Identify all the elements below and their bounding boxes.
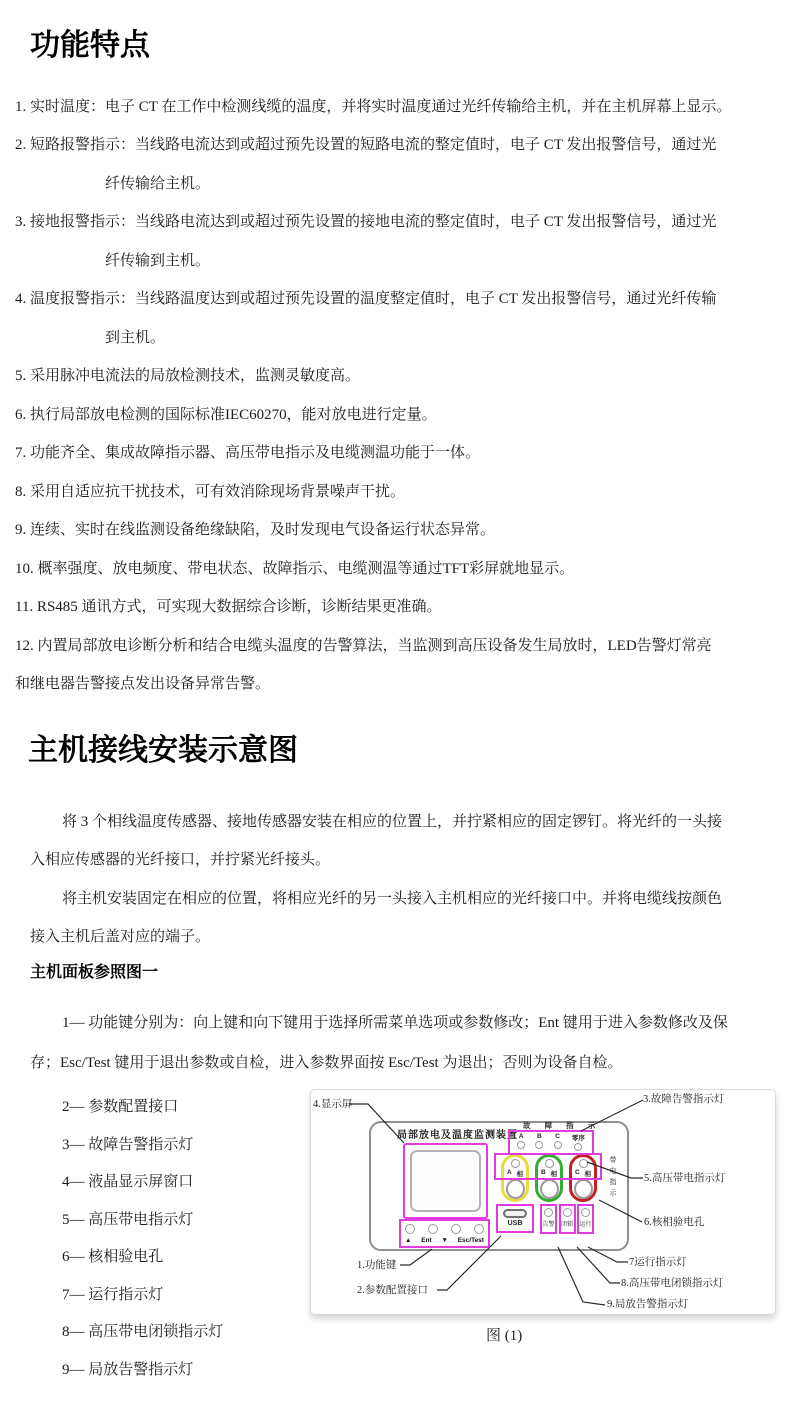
panel-item-line: 8— 高压带电闭锁指示灯 [0,1312,790,1350]
install-line: 接入主机后盖对应的端子。 [0,917,790,956]
install-paragraphs: 将 3 个相线温度传感器、接地传感器安装在相应的位置上，并拧紧相应的固定锣钉。将… [0,801,790,955]
fault-channel-led [535,1141,543,1149]
status-led [581,1208,590,1217]
feature-line: 纤传输到主机。 [0,240,790,279]
fault-channel-label: C [555,1133,560,1140]
fault-channel: B [535,1133,543,1152]
feature-line: 2. 短路报警指示：当线路电流达到或超过预先设置的短路电流的整定值时，电子 CT… [0,125,790,164]
feature-line: 8. 采用自适应抗干扰技术，可有效消除现场背景噪声干扰。 [0,471,790,510]
function-key-label: Esc/Test [458,1237,484,1244]
install-line: 将 3 个相线温度传感器、接地传感器安装在相应的位置上，并拧紧相应的固定锣钉。将… [0,801,790,840]
function-key-led [428,1224,438,1234]
phase-check-hole [574,1179,593,1199]
section-title-features: 功能特点 [0,0,790,66]
fault-channel-led [574,1143,582,1151]
hv-indicator-annotation-box [494,1153,602,1180]
callout-run-indicator: 7运行指示灯 [629,1257,687,1269]
feature-line: 12. 内置局部放电诊断分析和结合电缆头温度的告警算法，当监测到高压设备发生局放… [0,625,790,664]
panel-ref-heading: 主机面板参照图一 [0,957,790,989]
callout-hv-lock-indicator: 8.高压带电闭锁指示灯 [621,1278,723,1290]
usb-label: USB [508,1220,523,1227]
status-led [544,1208,553,1217]
panel-item-line: 9— 局放告警指示灯 [0,1350,790,1388]
feature-line: 到主机。 [0,317,790,356]
status-box: 运行 [577,1204,594,1234]
status-label: 运行 [579,1219,591,1228]
feature-line: 10. 概率强度、放电频度、带电状态、故障指示、电缆测温等通过TFT彩屏就地显示… [0,548,790,587]
feature-line: 6. 执行局部放电检测的国际标准IEC60270，能对放电进行定量。 [0,394,790,433]
panel-item-1: 1— 功能键分别为：向上键和向下键用于选择所需菜单选项或参数修改；Ent 键用于… [0,1001,790,1081]
function-key-led [405,1224,415,1234]
panel-item-line: 1— 功能键分别为：向上键和向下键用于选择所需菜单选项或参数修改；Ent 键用于… [0,1001,790,1041]
feature-list: 1. 实时温度：电子 CT 在工作中检测线缆的温度，并将实时温度通过光纤传输给主… [0,86,790,702]
status-label: 告警 [542,1219,554,1228]
fault-channel-led [517,1141,525,1149]
fault-channel-label: 零序 [572,1133,585,1142]
phase-check-hole [540,1179,559,1199]
function-key-label: ▼ [441,1237,447,1244]
fault-indicator-group: ABC零序 [508,1130,594,1155]
document-page: 功能特点 1. 实时温度：电子 CT 在工作中检测线缆的温度，并将实时温度通过光… [0,0,790,1410]
fault-channel: A [517,1133,525,1152]
status-box: 告警 [540,1204,557,1234]
callout-pd-alarm-indicator: 9.局放告警指示灯 [607,1299,688,1311]
lcd-screen [403,1143,488,1219]
figure-caption: 图 (1) [486,1324,522,1345]
callout-function-keys: 1.功能键 [357,1260,396,1272]
panel-diagram-image: 4.显示屏 3.故障告警指示灯 5.高压带电指示灯 6.核相验电孔 1.功能键 … [310,1089,776,1315]
section-title-install: 主机接线安装示意图 [0,730,790,772]
callout-phase-check-hole: 6.核相验电孔 [644,1217,704,1229]
feature-line: 11. RS485 通讯方式，可实现大数据综合诊断，诊断结果更准确。 [0,587,790,626]
feature-line: 3. 接地报警指示：当线路电流达到或超过预先设置的接地电流的整定值时，电子 CT… [0,202,790,241]
feature-line: 4. 温度报警指示：当线路温度达到或超过预先设置的温度整定值时，电子 CT 发出… [0,279,790,318]
function-key-label: ▲ [405,1237,411,1244]
fault-channel: C [554,1133,562,1152]
install-line: 将主机安装固定在相应的位置，将相应光纤的另一头接入主机相应的光纤接口中。并将电缆… [0,878,790,917]
feature-line: 和继电器告警接点发出设备异常告警。 [0,664,790,703]
feature-line: 5. 采用脉冲电流法的局放检测技术，监测灵敏度高。 [0,356,790,395]
lcd-screen-glass [410,1150,481,1212]
panel-item-line: 存；Esc/Test 键用于退出参数或自检，进入参数界面按 Esc/Test 为… [0,1041,790,1081]
callout-hv-indicator: 5.高压带电指示灯 [644,1173,725,1185]
callout-fault-indicator: 3.故障告警指示灯 [643,1094,724,1106]
feature-line: 1. 实时温度：电子 CT 在工作中检测线缆的温度，并将实时温度通过光纤传输给主… [0,86,790,125]
device-panel-title: 局部放电及温度监测装置 [397,1126,518,1141]
usb-port-icon [503,1209,527,1218]
status-box: 闭锁 [559,1204,576,1234]
callout-param-port: 2.参数配置接口 [357,1285,428,1297]
fault-channel-label: B [537,1133,542,1140]
fault-channel-label: A [519,1133,524,1140]
function-key-led [474,1224,484,1234]
status-label: 闭锁 [561,1219,573,1228]
callout-display: 4.显示屏 [313,1099,352,1111]
live-indicator-side-label: 带电指示 [607,1156,617,1200]
function-key-led [451,1224,461,1234]
feature-line: 9. 连续、实时在线监测设备绝缘缺陷，及时发现电气设备运行状态异常。 [0,510,790,549]
usb-port-group: USB [496,1204,534,1233]
status-led [563,1208,572,1217]
install-line: 入相应传感器的光纤接口，并拧紧光纤接头。 [0,840,790,879]
feature-line: 7. 功能齐全、集成故障指示器、高压带电指示及电缆测温功能于一体。 [0,433,790,472]
feature-line: 纤传输给主机。 [0,163,790,202]
function-keys-group: ▲Ent▼Esc/Test [399,1219,490,1248]
fault-channel: 零序 [572,1133,585,1152]
phase-check-hole [506,1179,525,1199]
function-key-label: Ent [421,1237,431,1244]
fault-channel-led [554,1141,562,1149]
